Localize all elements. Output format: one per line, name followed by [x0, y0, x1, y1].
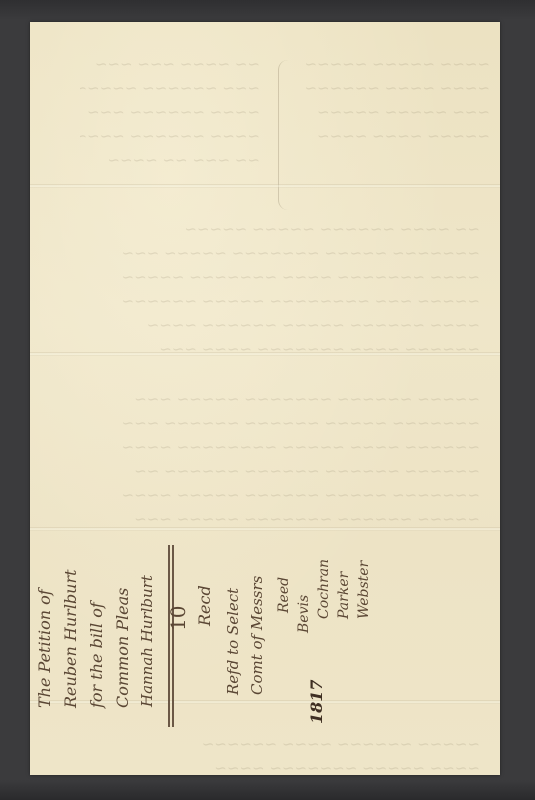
docket-title-line: for the bill of — [87, 602, 106, 708]
docket-number: 10 — [166, 606, 190, 631]
docket-received: Recd — [195, 585, 214, 626]
fold-line — [30, 352, 500, 356]
docket-panel: The Petition of Reuben Hurlburt for the … — [30, 527, 500, 722]
double-rule — [168, 545, 170, 727]
committee-member: Cochran — [316, 559, 332, 619]
docket-referral: Refd to Select — [224, 588, 242, 695]
docket-petitioner-name: Reuben Hurlburt — [61, 569, 80, 708]
bleed-through-middle: ~~ ~~~~ ~~~~~~ ~~~~~ ~~~~~ ~~~~~~~ ~~~~~… — [90, 217, 480, 367]
bleed-through-top-right: ~~~~ ~~~~~ ~~~~~ ~~~~ ~~~~ ~~~~~~ ~~~ ~~… — [290, 52, 490, 172]
committee-member: Webster — [356, 561, 372, 619]
docket-referral: Comt of Messrs — [248, 576, 266, 695]
docket-title-line: Common Pleas — [113, 588, 132, 708]
docket-title-line: The Petition of — [35, 589, 54, 708]
committee-member: Reed — [276, 577, 292, 613]
committee-member: Parker — [336, 572, 352, 619]
bleed-through-top-left: ~~ ~~~~ ~~~ ~~~ ~~~ ~~~~~~ ~~~~~ ~~~~ ~~… — [80, 52, 260, 202]
double-rule — [172, 545, 174, 727]
document-page: ~~ ~~~~ ~~~ ~~~ ~~~ ~~~~~~ ~~~~~ ~~~~ ~~… — [30, 22, 500, 775]
docket-second-name: Hannah Hurlburt — [138, 575, 156, 707]
fold-line — [30, 184, 500, 188]
committee-member: Bevis — [296, 595, 312, 633]
bleed-through-lower-middle: ~~~~~ ~~~~~~ ~~~~~~~ ~~~~~ ~~~ ~~~~~~~ ~… — [90, 387, 480, 542]
docket-year: 1817 — [307, 679, 326, 724]
bleed-through-bottom: ~~~~~ ~~~~~~ ~~~~ ~~~~~~ ~~~~ ~~~~~ ~~~~… — [90, 732, 480, 787]
